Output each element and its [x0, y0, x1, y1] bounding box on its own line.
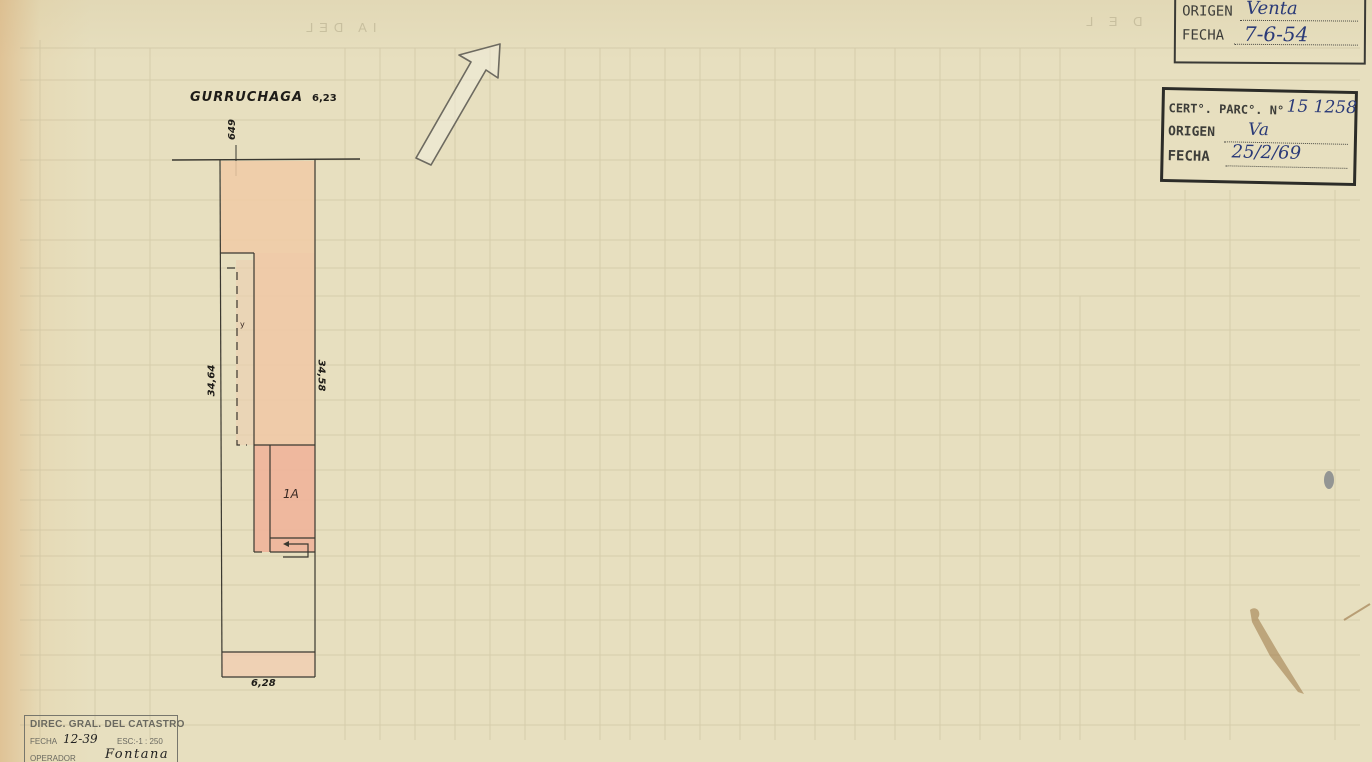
catastro-title: DIREC. GRAL. DEL CATASTRO: [30, 719, 185, 730]
date-value: 7-6-54: [1244, 22, 1309, 46]
catastro-operator-label: OPERADOR: [30, 754, 76, 762]
catastro-operator-value: Fontana: [105, 747, 169, 762]
certificate-stamp: CERT°. PARC°. N° 15 1258 ORIGEN Va FECHA…: [1160, 87, 1358, 186]
certificate-number-value: 15 1258: [1286, 97, 1357, 118]
certificate-origin-label: ORIGEN: [1168, 124, 1215, 140]
origin-stamp: ORIGEN Venta FECHA 7-6-54: [1174, 0, 1366, 65]
catastro-date-value: 12-39: [63, 732, 98, 746]
date-label: FECHA: [1182, 27, 1224, 43]
catastro-date-label: FECHA: [30, 737, 57, 746]
catastro-scale-label: ESC:-1 : 250: [117, 737, 163, 746]
certificate-date-value: 25/2/69: [1231, 141, 1301, 163]
certificate-number-label: CERT°. PARC°. N°: [1168, 101, 1284, 117]
catastro-stamp: DIREC. GRAL. DEL CATASTRO FECHA 12-39 ES…: [24, 715, 178, 762]
certificate-date-label: FECHA: [1167, 148, 1209, 165]
origin-label: ORIGEN: [1182, 3, 1233, 19]
certificate-origin-value: Va: [1248, 120, 1269, 140]
origin-value: Venta: [1246, 0, 1298, 19]
